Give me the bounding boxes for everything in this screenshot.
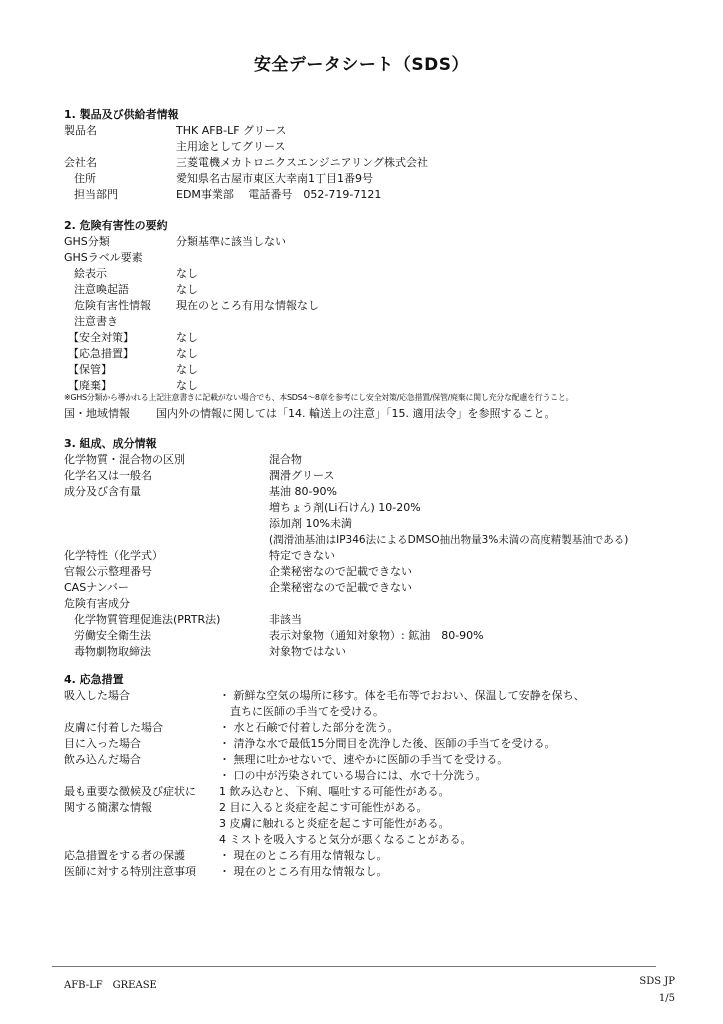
row-label: 化学物質・混合物の区別 xyxy=(64,452,185,468)
row-value: なし xyxy=(176,282,198,298)
section-1-row: 主用途としてグリース xyxy=(64,139,703,155)
section-3-row: 化学名又は一般名潤滑グリース xyxy=(64,468,703,484)
row-label: 成分及び含有量 xyxy=(64,484,141,500)
section-3-row: 労働安全衛生法表示対象物（通知対象物）: 鉱油 80-90% xyxy=(64,628,703,644)
section-3-row: (潤滑油基油はIP346法によるDMSO抽出物量3%未満の高度精製基油である) xyxy=(64,532,703,548)
section-2-heading: 2. 危険有害性の要約 xyxy=(64,218,168,234)
row-value: ・ 清浄な水で最低15分間目を洗浄した後、医師の手当てを受ける。 xyxy=(219,736,556,752)
section-4-row: 飲み込んだ場合・ 無理に吐かせないで、速やかに医師の手当てを受ける。 xyxy=(64,752,703,768)
section-4-row: 目に入った場合・ 清浄な水で最低15分間目を洗浄した後、医師の手当てを受ける。 xyxy=(64,736,703,752)
row-value: 現在のところ有用な情報なし xyxy=(176,298,319,314)
section-3-row: 化学物質・混合物の区別混合物 xyxy=(64,452,703,468)
row-value: なし xyxy=(176,346,198,362)
row-label: 吸入した場合 xyxy=(64,688,130,704)
section-2-row: 【応急措置】なし xyxy=(64,346,703,362)
row-value: 対象物ではない xyxy=(269,644,346,660)
row-label: 製品名 xyxy=(64,123,97,139)
row-value: なし xyxy=(176,330,198,346)
section-3-row: 化学特性（化学式）特定できない xyxy=(64,548,703,564)
row-value: ・ 無理に吐かせないで、速やかに医師の手当てを受ける。 xyxy=(219,752,508,768)
row-label: 化学特性（化学式） xyxy=(64,548,163,564)
section-4-row: 3 皮膚に触れると炎症を起こす可能性がある。 xyxy=(64,816,703,832)
row-value: 三菱電機メカトロニクスエンジニアリング株式会社 xyxy=(176,155,428,171)
section-2-row: 注意喚起語なし xyxy=(64,282,703,298)
section-4-row: 応急措置をする者の保護・ 現在のところ有用な情報なし。 xyxy=(64,848,703,864)
section-2-row: 危険有害性情報現在のところ有用な情報なし xyxy=(64,298,703,314)
section-3-row: CASナンバー企業秘密なので記載できない xyxy=(64,580,703,596)
section-2-row: GHSラベル要素 xyxy=(64,250,703,266)
row-value: ・ 水と石鹸で付着した部分を洗う。 xyxy=(219,720,399,736)
section-3-row: 毒物劇物取締法対象物ではない xyxy=(64,644,703,660)
row-value: 特定できない xyxy=(269,548,335,564)
row-value: 1 飲み込むと、下痢、嘔吐する可能性がある。 xyxy=(219,784,450,800)
row-value: ・ 現在のところ有用な情報なし。 xyxy=(219,848,388,864)
section-2-region-row: 国・地域情報国内外の情報に関しては「14. 輸送上の注意」「15. 適用法令」を… xyxy=(64,406,703,422)
section-4-row: 皮膚に付着した場合・ 水と石鹸で付着した部分を洗う。 xyxy=(64,720,703,736)
row-label: 労働安全衛生法 xyxy=(74,628,151,644)
row-label: 応急措置をする者の保護 xyxy=(64,848,185,864)
row-label: 注意喚起語 xyxy=(74,282,129,298)
section-4-row: 吸入した場合・ 新鮮な空気の場所に移す。体を毛布等でおおい、保温して安静を保ち、 xyxy=(64,688,703,704)
section-1-row: 担当部門EDM事業部 電話番号 052-719-7121 xyxy=(64,187,703,203)
section-1-row: 住所愛知県名古屋市東区大幸南1丁目1番9号 xyxy=(64,171,703,187)
row-value: THK AFB-LF グリース xyxy=(176,123,286,139)
section-1-heading: 1. 製品及び供給者情報 xyxy=(64,107,179,123)
row-label: 官報公示整理番号 xyxy=(64,564,152,580)
row-value: 混合物 xyxy=(269,452,302,468)
row-value: 企業秘密なので記載できない xyxy=(269,564,412,580)
row-label: 飲み込んだ場合 xyxy=(64,752,141,768)
row-value: 基油 80-90% xyxy=(269,484,337,500)
row-label: 最も重要な徴候及び症状に xyxy=(64,784,196,800)
row-label: GHSラベル要素 xyxy=(64,250,143,266)
row-value: 非該当 xyxy=(269,612,302,628)
section-2-row: 注意書き xyxy=(64,314,703,330)
row-value: 企業秘密なので記載できない xyxy=(269,580,412,596)
row-label: 毒物劇物取締法 xyxy=(74,644,151,660)
row-value: ・ 新鮮な空気の場所に移す。体を毛布等でおおい、保温して安静を保ち、 xyxy=(219,688,585,704)
row-label: 注意書き xyxy=(74,314,118,330)
section-4-row: 直ちに医師の手当てを受ける。 xyxy=(64,704,703,720)
section-2-row: 【保管】なし xyxy=(64,362,703,378)
section-4-row: 4 ミストを吸入すると気分が悪くなることがある。 xyxy=(64,832,703,848)
row-value: 潤滑グリース xyxy=(269,468,334,484)
row-value: 4 ミストを吸入すると気分が悪くなることがある。 xyxy=(219,832,472,848)
row-value: ・ 口の中が汚染されている場合には、水で十分洗う。 xyxy=(219,768,487,784)
row-value: なし xyxy=(176,362,198,378)
row-value: (潤滑油基油はIP346法によるDMSO抽出物量3%未満の高度精製基油である) xyxy=(269,532,628,548)
row-label: 化学物質管理促進法(PRTR法) xyxy=(74,612,220,628)
row-label: 担当部門 xyxy=(74,187,118,203)
row-value: EDM事業部 電話番号 052-719-7121 xyxy=(176,187,381,203)
section-3-row: 添加剤 10%未満 xyxy=(64,516,703,532)
row-label: GHS分類 xyxy=(64,234,110,250)
row-label: 目に入った場合 xyxy=(64,736,141,752)
row-label: 絵表示 xyxy=(74,266,107,282)
row-label: 会社名 xyxy=(64,155,97,171)
row-value: 2 目に入ると炎症を起こす可能性がある。 xyxy=(219,800,428,816)
footer-divider xyxy=(52,966,656,967)
row-label: 化学名又は一般名 xyxy=(64,468,152,484)
page-title: 安全データシート（SDS） xyxy=(0,50,723,75)
footer-page-number: 1/5 xyxy=(659,993,675,1004)
row-label: CASナンバー xyxy=(64,580,129,596)
section-4-heading: 4. 応急措置 xyxy=(64,672,124,688)
section-4-row: 関する簡潔な情報2 目に入ると炎症を起こす可能性がある。 xyxy=(64,800,703,816)
row-value: 主用途としてグリース xyxy=(176,139,285,155)
row-value: 増ちょう剤(Li石けん) 10-20% xyxy=(269,500,421,516)
section-3-row: 危険有害成分 xyxy=(64,596,703,612)
row-value: 分類基準に該当しない xyxy=(176,234,286,250)
row-value: 添加剤 10%未満 xyxy=(269,516,352,532)
row-label: 【応急措置】 xyxy=(68,346,134,362)
section-3-row: 官報公示整理番号企業秘密なので記載できない xyxy=(64,564,703,580)
section-2-row: GHS分類分類基準に該当しない xyxy=(64,234,703,250)
row-label: 住所 xyxy=(74,171,96,187)
row-value: 国内外の情報に関しては「14. 輸送上の注意」「15. 適用法令」を参照すること… xyxy=(156,406,555,422)
row-value: 表示対象物（通知対象物）: 鉱油 80-90% xyxy=(269,628,484,644)
row-value: 愛知県名古屋市東区大幸南1丁目1番9号 xyxy=(176,171,373,187)
section-3-row: 成分及び含有量基油 80-90% xyxy=(64,484,703,500)
row-label: 危険有害性情報 xyxy=(74,298,151,314)
row-label: 危険有害成分 xyxy=(64,596,130,612)
row-label: 【保管】 xyxy=(68,362,112,378)
section-4-row: 最も重要な徴候及び症状に1 飲み込むと、下痢、嘔吐する可能性がある。 xyxy=(64,784,703,800)
footer-doc-type: SDS JP xyxy=(639,976,675,987)
row-label: 皮膚に付着した場合 xyxy=(64,720,163,736)
row-label: 関する簡潔な情報 xyxy=(64,800,152,816)
section-1-row: 製品名THK AFB-LF グリース xyxy=(64,123,703,139)
row-label: 医師に対する特別注意事項 xyxy=(64,864,196,880)
section-1-row: 会社名三菱電機メカトロニクスエンジニアリング株式会社 xyxy=(64,155,703,171)
section-4-row: 医師に対する特別注意事項・ 現在のところ有用な情報なし。 xyxy=(64,864,703,880)
row-value: 3 皮膚に触れると炎症を起こす可能性がある。 xyxy=(219,816,450,832)
footer-product-name: AFB-LF GREASE xyxy=(64,976,157,991)
row-value: 直ちに医師の手当てを受ける。 xyxy=(219,704,384,720)
row-label: 【安全対策】 xyxy=(68,330,134,346)
row-value: なし xyxy=(176,266,198,282)
section-3-row: 増ちょう剤(Li石けん) 10-20% xyxy=(64,500,703,516)
section-4-row: ・ 口の中が汚染されている場合には、水で十分洗う。 xyxy=(64,768,703,784)
row-value: ・ 現在のところ有用な情報なし。 xyxy=(219,864,388,880)
ghs-note: ※GHS分類から導かれる上記注意書きに記載がない場合でも、本SDS4～8章を参考… xyxy=(64,392,573,404)
section-3-heading: 3. 組成、成分情報 xyxy=(64,436,157,452)
section-2-row: 絵表示なし xyxy=(64,266,703,282)
row-label: 国・地域情報 xyxy=(64,406,130,422)
section-2-row: 【安全対策】なし xyxy=(64,330,703,346)
section-3-row: 化学物質管理促進法(PRTR法)非該当 xyxy=(64,612,703,628)
